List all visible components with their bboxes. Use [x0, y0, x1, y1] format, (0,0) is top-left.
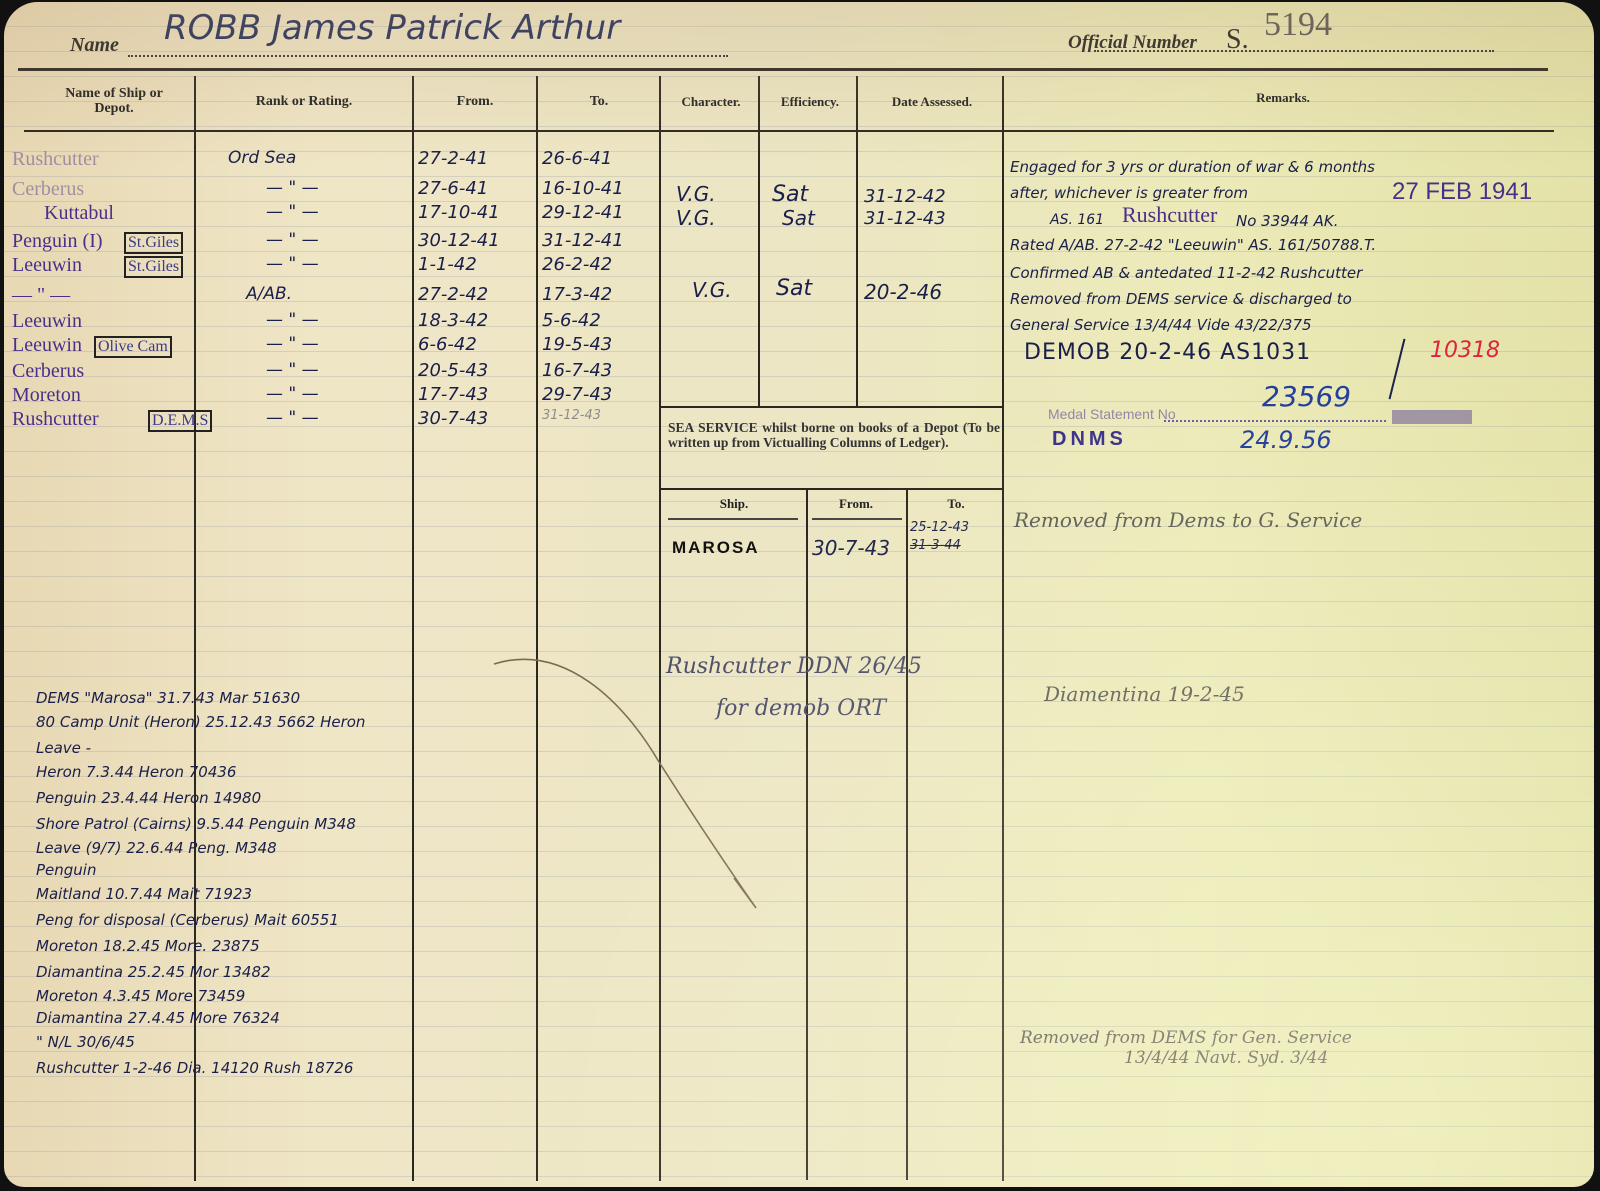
service-ship-tag: St.Giles: [124, 232, 183, 254]
character-2: V.G.: [676, 206, 716, 230]
col-date-assessed-header: Date Assessed.: [860, 94, 1004, 110]
service-to: 31-12-41: [542, 230, 624, 251]
column-header-rule: [24, 130, 1554, 132]
efficiency-1: Sat: [772, 182, 808, 207]
service-from: 30-12-41: [418, 230, 500, 251]
ink-stroke: [1389, 339, 1406, 400]
service-ship: Leeuwin: [12, 334, 82, 357]
lower-note-line: Rushcutter 1-2-46 Dia. 14120 Rush 18726: [36, 1056, 353, 1081]
date-assessed-3: 20-2-46: [864, 280, 942, 304]
medal-statement-stamp: Medal Statement No: [1048, 406, 1176, 422]
service-ship: — " —: [12, 284, 70, 307]
divider: [906, 490, 908, 1180]
name-value: ROBB James Patrick Arthur: [164, 8, 620, 48]
service-ship: Rushcutter: [12, 408, 99, 431]
service-ship-tag: Olive Cam: [94, 336, 172, 358]
service-from: 1-1-42: [418, 254, 477, 275]
lower-note-line: Penguin: [36, 858, 96, 883]
lower-note-line: " N/L 30/6/45: [36, 1030, 135, 1055]
service-ship: Rushcutter: [12, 148, 99, 171]
service-rank: — " —: [266, 202, 319, 222]
lower-note-line: Leave -: [36, 736, 91, 761]
remark-line-2: after, whichever is greater from: [1010, 184, 1248, 202]
pencil-stroke: [484, 642, 774, 922]
lower-note-line: Penguin 23.4.44 Heron 14980: [36, 786, 261, 811]
service-ship-tag: D.E.M.S: [148, 410, 212, 432]
service-ship: Cerberus: [12, 360, 84, 383]
service-ship: Leeuwin: [12, 254, 82, 277]
divider: [1002, 76, 1004, 1181]
service-rank: A/AB.: [246, 284, 292, 304]
service-ship: Leeuwin: [12, 310, 82, 333]
character-1: V.G.: [676, 182, 716, 206]
sea-service-rule-mid: [660, 488, 1002, 490]
col-efficiency-header: Efficiency.: [762, 94, 858, 110]
sea-service-to-struck: 31-3-44: [910, 538, 961, 553]
service-from: 17-10-41: [418, 202, 500, 223]
lower-note-line: Shore Patrol (Cairns) 9.5.44 Penguin M34…: [36, 812, 356, 837]
divider: [758, 76, 760, 406]
service-to: 31-12-43: [542, 408, 601, 423]
name-label: Name: [70, 34, 119, 57]
service-rank: — " —: [266, 334, 319, 354]
service-from: 30-7-43: [418, 408, 488, 429]
service-to: 19-5-43: [542, 334, 612, 355]
divider: [856, 76, 858, 406]
official-number-underline: [1094, 50, 1494, 52]
lower-note-line: 80 Camp Unit (Heron) 25.12.43 5662 Heron: [36, 710, 365, 735]
remark-line-7: General Service 13/4/44 Vide 43/22/375: [1010, 316, 1312, 334]
remark-line-5: Confirmed AB & antedated 11-2-42 Rushcut…: [1010, 264, 1362, 282]
service-from: 27-2-42: [418, 284, 488, 305]
divider: [659, 76, 661, 1181]
service-from: 27-2-41: [418, 148, 488, 169]
service-to: 16-7-43: [542, 360, 612, 381]
sea-service-to: 25-12-43: [910, 520, 969, 535]
rule: [812, 518, 902, 520]
service-record-card: Name ROBB James Patrick Arthur Official …: [4, 2, 1594, 1187]
col-ship-header: Name of Ship or Depot.: [44, 86, 184, 116]
lower-note-line: Heron 7.3.44 Heron 70436: [36, 760, 236, 785]
service-rank: Ord Sea: [228, 148, 296, 168]
stamp-smudge: [1392, 410, 1472, 424]
service-to: 26-6-41: [542, 148, 612, 169]
service-from: 6-6-42: [418, 334, 477, 355]
service-from: 20-5-43: [418, 360, 488, 381]
sea-service-ship: MAROSA: [672, 538, 760, 558]
divider: [536, 76, 538, 1181]
service-rank: — " —: [266, 408, 319, 428]
service-rank: — " —: [266, 178, 319, 198]
service-ship: Kuttabul: [44, 202, 114, 225]
service-from: 17-7-43: [418, 384, 488, 405]
lower-note-line: DEMS "Marosa" 31.7.43 Mar 51630: [36, 686, 300, 711]
lower-note-line: Diamantina 25.2.45 Mor 13482: [36, 960, 271, 985]
pencil-remark-4: 13/4/44 Navt. Syd. 3/44: [1124, 1048, 1328, 1068]
sea-service-title: SEA SERVICE whilst borne on books of a D…: [668, 420, 1000, 450]
service-from: 27-6-41: [418, 178, 488, 199]
service-to: 29-12-41: [542, 202, 624, 223]
medal-statement-number: 23569: [1262, 380, 1351, 413]
character-3: V.G.: [692, 278, 732, 302]
pencil-remark-2: Diamentina 19-2-45: [1044, 682, 1245, 706]
pencil-remark-1: Removed from Dems to G. Service: [1014, 508, 1362, 532]
col-to-header: To.: [538, 94, 660, 110]
rushcutter-stamp: Rushcutter: [1122, 202, 1217, 228]
service-rank: — " —: [266, 384, 319, 404]
lower-note-line: Diamantina 27.4.45 More 76324: [36, 1006, 280, 1031]
official-number-prefix: S.: [1226, 24, 1249, 56]
date-assessed-2: 31-12-43: [864, 208, 946, 229]
service-ship: Cerberus: [12, 178, 84, 201]
service-to: 29-7-43: [542, 384, 612, 405]
sea-service-ship-header: Ship.: [664, 496, 804, 512]
lower-note-line: Maitland 10.7.44 Mait 71923: [36, 882, 252, 907]
service-ship-tag: St.Giles: [124, 256, 183, 278]
header-rule: [18, 68, 1548, 71]
sea-service-from: 30-7-43: [812, 536, 890, 560]
divider: [806, 490, 808, 1180]
service-to: 16-10-41: [542, 178, 624, 199]
col-rank-header: Rank or Rating.: [194, 94, 414, 110]
col-remarks-header: Remarks.: [1008, 90, 1558, 106]
demob-line: DEMOB 20-2-46 AS1031: [1024, 340, 1311, 365]
col-from-header: From.: [414, 94, 536, 110]
service-rank: — " —: [266, 254, 319, 274]
date-assessed-1: 31-12-42: [864, 186, 946, 207]
pencil-remark-3: Removed from DEMS for Gen. Service: [1020, 1028, 1352, 1048]
name-underline: [128, 54, 728, 57]
remark-line-3-prefix: AS. 161: [1050, 212, 1104, 228]
remark-line-3-suffix: No 33944 AK.: [1236, 212, 1339, 230]
red-reference-number: 10318: [1430, 338, 1500, 363]
service-rank: — " —: [266, 310, 319, 330]
service-ship: Moreton: [12, 384, 81, 407]
sea-service-from-header: From.: [808, 496, 904, 512]
service-to: 17-3-42: [542, 284, 612, 305]
remark-line-1: Engaged for 3 yrs or duration of war & 6…: [1010, 158, 1375, 176]
service-to: 26-2-42: [542, 254, 612, 275]
lower-note-line: Moreton 18.2.45 More. 23875: [36, 934, 260, 959]
dnms-date: 24.9.56: [1240, 426, 1332, 454]
col-character-header: Character.: [662, 94, 760, 110]
dnms-stamp: DNMS: [1052, 428, 1127, 451]
divider: [412, 76, 414, 1181]
service-from: 18-3-42: [418, 310, 488, 331]
service-rank: — " —: [266, 360, 319, 380]
service-rank: — " —: [266, 230, 319, 250]
service-ship: Penguin (I): [12, 230, 103, 253]
lower-note-line: Peng for disposal (Cerberus) Mait 60551: [36, 908, 339, 933]
service-to: 5-6-42: [542, 310, 601, 331]
sea-service-rule-top: [660, 406, 1002, 408]
stamp-dotted-line: [1164, 420, 1386, 422]
remark-line-6: Removed from DEMS service & discharged t…: [1010, 290, 1352, 308]
efficiency-2: Sat: [782, 206, 815, 230]
efficiency-3: Sat: [776, 276, 812, 301]
official-number-value: 5194: [1264, 6, 1332, 44]
engagement-date-stamp: 27 FEB 1941: [1392, 178, 1532, 206]
remark-line-4: Rated A/AB. 27-2-42 "Leeuwin" AS. 161/50…: [1010, 236, 1376, 254]
rule: [668, 518, 798, 520]
sea-service-to-header: To.: [908, 496, 1004, 512]
